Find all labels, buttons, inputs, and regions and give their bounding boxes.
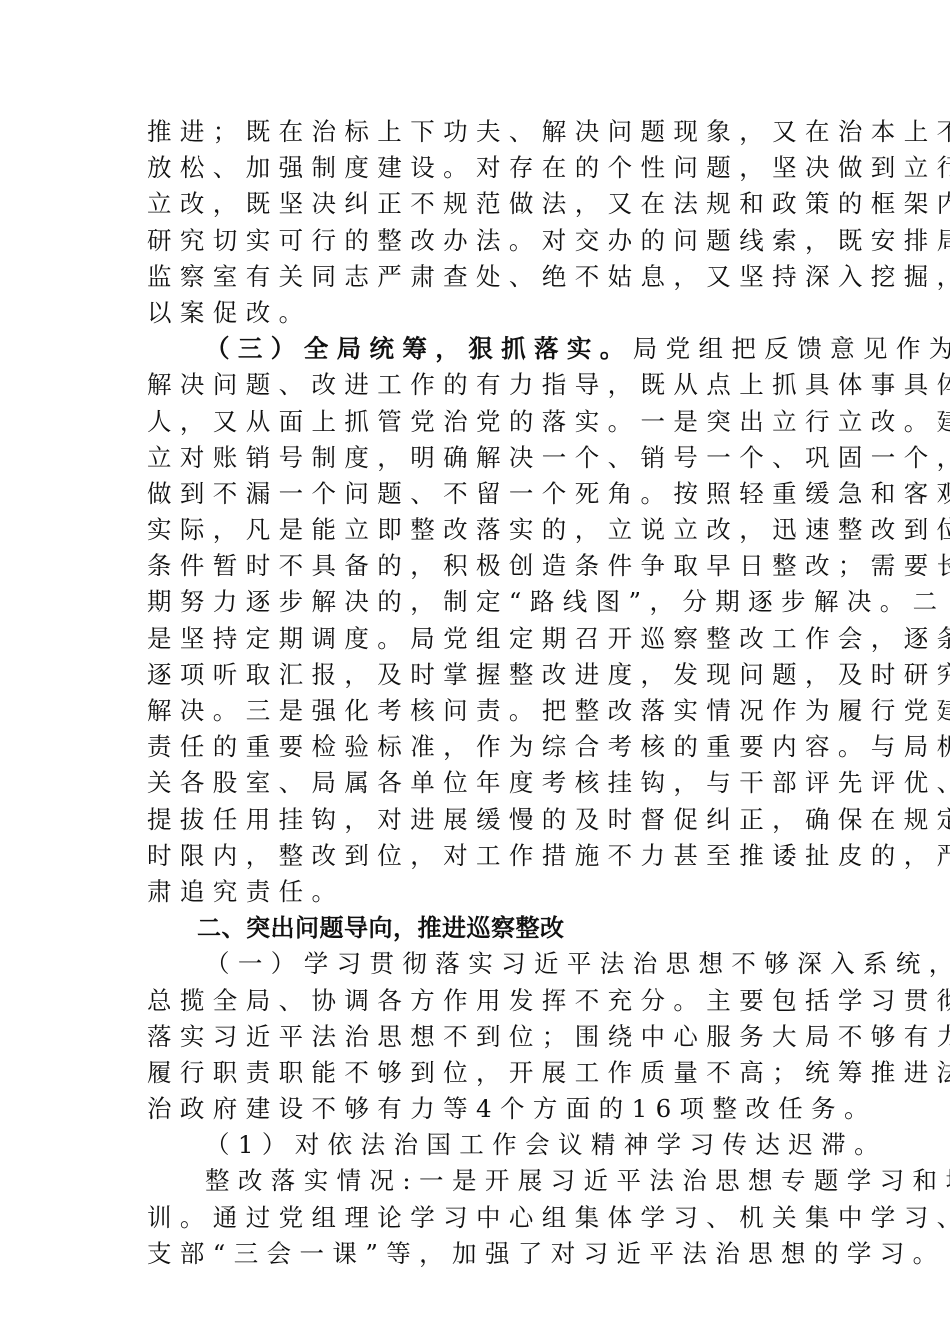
text-line: 放松、加强制度建设。对存在的个性问题，坚决做到立行 <box>147 150 807 186</box>
text-line: 监察室有关同志严肃查处、绝不姑息，又坚持深入挖掘， <box>147 259 807 295</box>
text-line: （一）学习贯彻落实习近平法治思想不够深入系统， <box>147 946 807 982</box>
text-line: 人，又从面上抓管党治党的落实。一是突出立行立改。建 <box>147 404 807 440</box>
text-line: 落实习近平法治思想不到位；围绕中心服务大局不够有力 <box>147 1019 807 1055</box>
text-line: 期努力逐步解决的，制定“路线图”，分期逐步解决。二 <box>147 584 807 620</box>
section-3-lead-rest: 局党组把反馈意见作为 <box>633 334 950 363</box>
text-line: 研究切实可行的整改办法。对交办的问题线索，既安排局 <box>147 223 807 259</box>
text-line: 实际，凡是能立即整改落实的，立说立改，迅速整改到位 <box>147 512 807 548</box>
text-line: 责任的重要检验标准，作为综合考核的重要内容。与局机 <box>147 729 807 765</box>
paragraph-subitem-1: （1）对依法治国工作会议精神学习传达迟滞。 <box>147 1127 807 1163</box>
section-heading-2: 二、突出问题导向，推进巡察整改 <box>147 910 807 946</box>
paragraph-intro-continued: 推进；既在治标上下功夫、解决问题现象，又在治本上不 放松、加强制度建设。对存在的… <box>147 114 807 331</box>
document-page: 推进；既在治标上下功夫、解决问题现象，又在治本上不 放松、加强制度建设。对存在的… <box>147 114 807 1272</box>
text-line: 解决问题、改进工作的有力指导，既从点上抓具体事具体 <box>147 367 807 403</box>
text-line: 推进；既在治标上下功夫、解决问题现象，又在治本上不 <box>147 114 807 150</box>
paragraph-item-1: （一）学习贯彻落实习近平法治思想不够深入系统， 总揽全局、协调各方作用发挥不充分… <box>147 946 807 1127</box>
text-line: 以案促改。 <box>147 295 807 331</box>
text-line: 逐项听取汇报，及时掌握整改进度，发现问题，及时研究 <box>147 657 807 693</box>
text-line: 训。通过党组理论学习中心组集体学习、机关集中学习、 <box>147 1200 807 1236</box>
text-line: 整改落实情况:一是开展习近平法治思想专题学习和培 <box>147 1163 807 1199</box>
text-line: 是坚持定期调度。局党组定期召开巡察整改工作会，逐条 <box>147 621 807 657</box>
text-line: 支部“三会一课”等，加强了对习近平法治思想的学习。 <box>147 1236 807 1272</box>
text-line: （三）全局统筹，狠抓落实。局党组把反馈意见作为 <box>147 331 807 367</box>
text-line: 解决。三是强化考核问责。把整改落实情况作为履行党建 <box>147 693 807 729</box>
text-line: 立对账销号制度，明确解决一个、销号一个、巩固一个， <box>147 440 807 476</box>
paragraph-section-3: （三）全局统筹，狠抓落实。局党组把反馈意见作为 解决问题、改进工作的有力指导，既… <box>147 331 807 910</box>
text-line: （1）对依法治国工作会议精神学习传达迟滞。 <box>147 1127 807 1163</box>
text-line: 履行职责职能不够到位，开展工作质量不高；统筹推进法 <box>147 1055 807 1091</box>
text-line: 条件暂时不具备的，积极创造条件争取早日整改；需要长 <box>147 548 807 584</box>
text-line: 关各股室、局属各单位年度考核挂钩，与干部评先评优、 <box>147 765 807 801</box>
text-line: 做到不漏一个问题、不留一个死角。按照轻重缓急和客观 <box>147 476 807 512</box>
text-line: 立改，既坚决纠正不规范做法，又在法规和政策的框架内 <box>147 186 807 222</box>
text-line: 治政府建设不够有力等4个方面的16项整改任务。 <box>147 1091 807 1127</box>
paragraph-rectification: 整改落实情况:一是开展习近平法治思想专题学习和培 训。通过党组理论学习中心组集体… <box>147 1163 807 1272</box>
text-line: 提拔任用挂钩，对进展缓慢的及时督促纠正，确保在规定 <box>147 802 807 838</box>
text-line: 总揽全局、协调各方作用发挥不充分。主要包括学习贯彻 <box>147 983 807 1019</box>
text-line: 肃追究责任。 <box>147 874 807 910</box>
section-3-bold-lead: （三）全局统筹，狠抓落实。 <box>205 334 633 363</box>
text-line: 时限内，整改到位，对工作措施不力甚至推诿扯皮的，严 <box>147 838 807 874</box>
